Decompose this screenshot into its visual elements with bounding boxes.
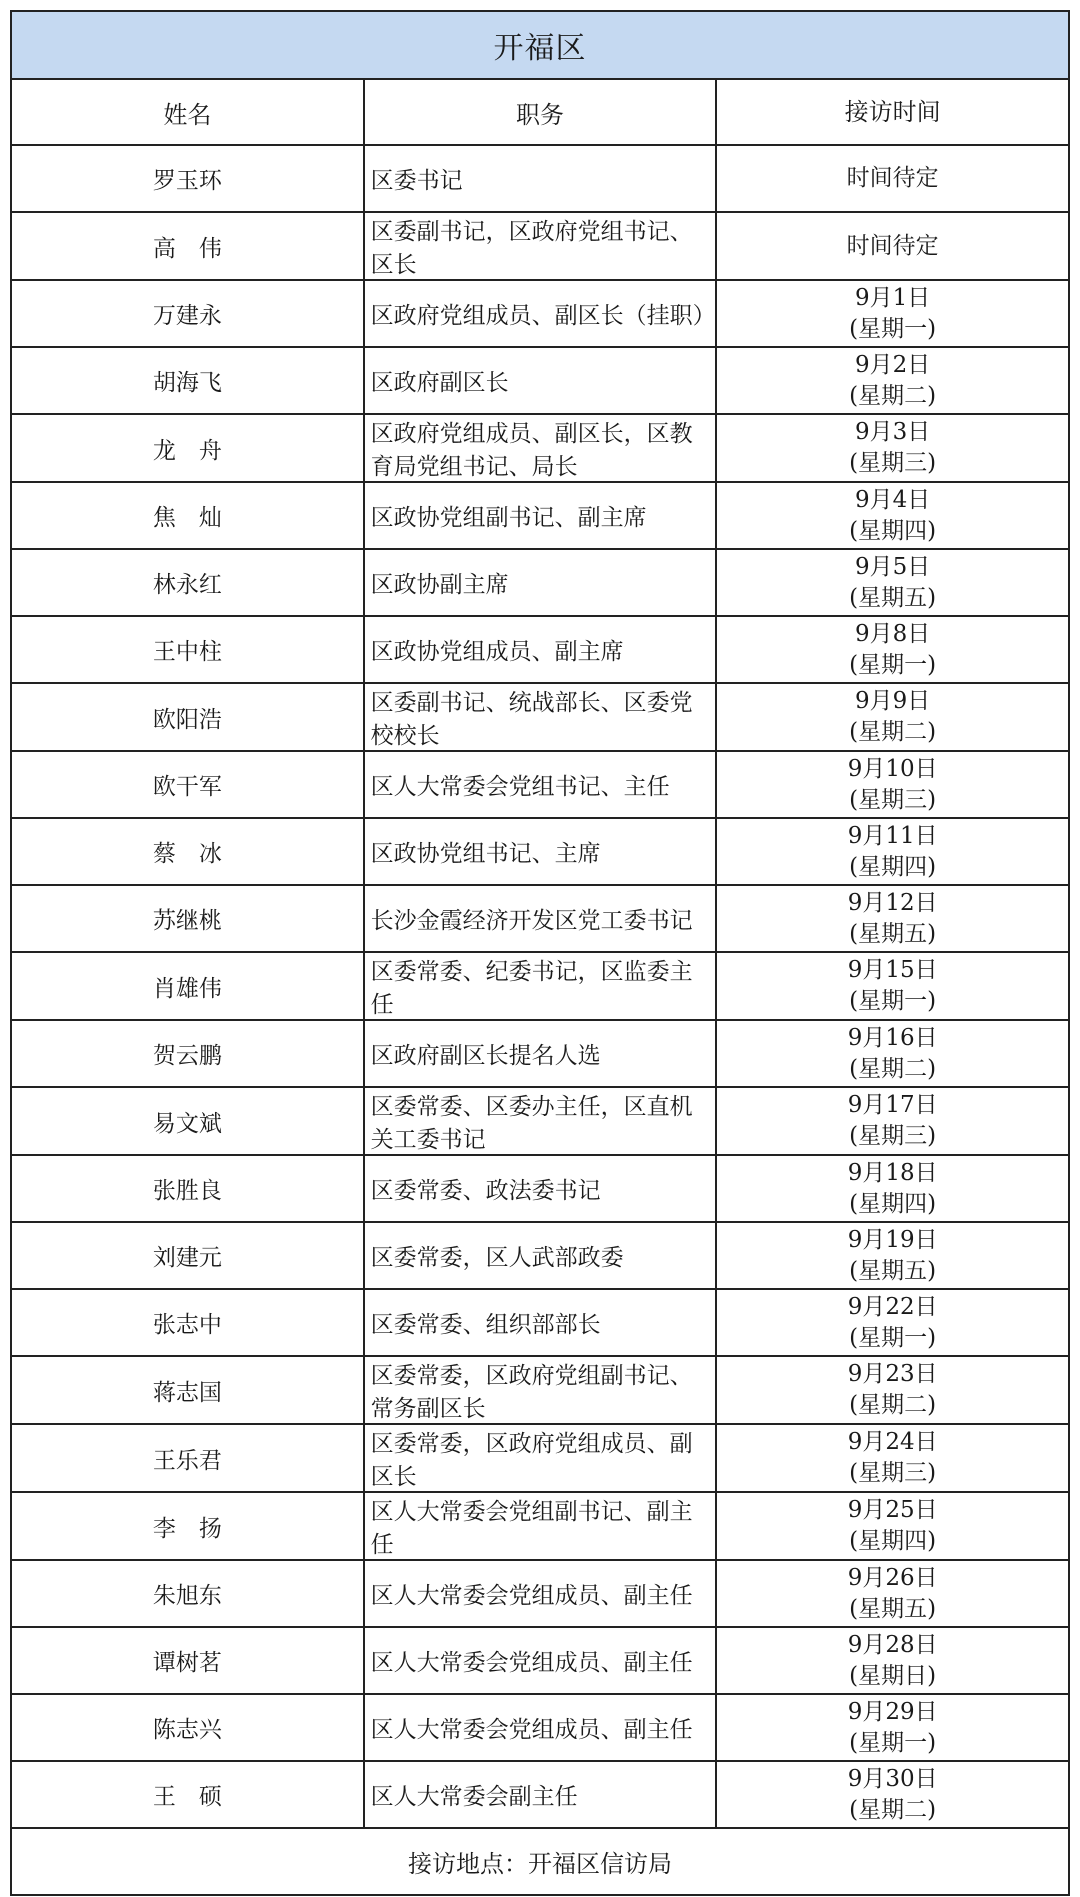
reception-time: 9月5日 (星期五) [716, 549, 1069, 616]
reception-date: 9月15日 [717, 955, 1068, 986]
reception-weekday: (星期一) [717, 314, 1068, 345]
official-name: 罗玉环 [11, 145, 364, 212]
reception-date: 9月2日 [717, 350, 1068, 381]
reception-weekday: (星期二) [717, 381, 1068, 412]
reception-weekday: (星期五) [717, 583, 1068, 614]
header-time: 接访时间 [716, 79, 1069, 145]
official-name: 王 硕 [11, 1761, 364, 1828]
table-title: 开福区 [11, 11, 1069, 79]
reception-time: 9月15日 (星期一) [716, 952, 1069, 1020]
reception-weekday: (星期二) [717, 1795, 1068, 1826]
header-name: 姓名 [11, 79, 364, 145]
official-name: 朱旭东 [11, 1560, 364, 1627]
official-name: 蔡 冰 [11, 818, 364, 885]
reception-weekday: (星期四) [717, 852, 1068, 883]
reception-weekday: (星期四) [717, 516, 1068, 547]
official-name: 林永红 [11, 549, 364, 616]
reception-time: 9月10日 (星期三) [716, 751, 1069, 818]
reception-date: 9月26日 [717, 1563, 1068, 1594]
reception-date: 9月24日 [717, 1427, 1068, 1458]
table-row: 欧阳浩 区委副书记、统战部长、区委党校校长 9月9日 (星期二) [11, 683, 1069, 751]
official-position: 区人大常委会党组副书记、副主任 [364, 1492, 717, 1560]
reception-time: 9月3日 (星期三) [716, 414, 1069, 482]
table-row: 胡海飞 区政府副区长 9月2日 (星期二) [11, 347, 1069, 414]
reception-time: 9月25日 (星期四) [716, 1492, 1069, 1560]
table-row: 贺云鹏 区政府副区长提名人选 9月16日 (星期二) [11, 1020, 1069, 1087]
table-row: 苏继桃 长沙金霞经济开发区党工委书记 9月12日 (星期五) [11, 885, 1069, 952]
reception-weekday: (星期一) [717, 1323, 1068, 1354]
reception-weekday: (星期三) [717, 1121, 1068, 1152]
official-position: 区委书记 [364, 145, 717, 212]
official-position: 区委常委、组织部部长 [364, 1289, 717, 1356]
official-name: 张志中 [11, 1289, 364, 1356]
official-name: 刘建元 [11, 1222, 364, 1289]
reception-date: 9月18日 [717, 1158, 1068, 1189]
reception-date: 9月9日 [717, 686, 1068, 717]
official-name: 苏继桃 [11, 885, 364, 952]
official-position: 区政协副主席 [364, 549, 717, 616]
table-row: 王乐君 区委常委，区政府党组成员、副区长 9月24日 (星期三) [11, 1424, 1069, 1492]
official-position: 区人大常委会党组书记、主任 [364, 751, 717, 818]
reception-date: 9月19日 [717, 1225, 1068, 1256]
reception-date: 9月30日 [717, 1764, 1068, 1795]
official-position: 区委常委，区政府党组副书记、常务副区长 [364, 1356, 717, 1424]
official-position: 区政府党组成员、副区长（挂职） [364, 280, 717, 347]
official-position: 区人大常委会党组成员、副主任 [364, 1627, 717, 1694]
official-name: 万建永 [11, 280, 364, 347]
reception-weekday: (星期三) [717, 785, 1068, 816]
reception-time: 时间待定 [716, 145, 1069, 212]
official-name: 欧干军 [11, 751, 364, 818]
official-position: 区政府党组成员、副区长，区教育局党组书记、局长 [364, 414, 717, 482]
reception-time: 9月16日 (星期二) [716, 1020, 1069, 1087]
reception-time: 9月18日 (星期四) [716, 1155, 1069, 1222]
header-row: 姓名 职务 接访时间 [11, 79, 1069, 145]
reception-time: 时间待定 [716, 212, 1069, 280]
reception-date: 9月29日 [717, 1697, 1068, 1728]
table-row: 蔡 冰 区政协党组书记、主席 9月11日 (星期四) [11, 818, 1069, 885]
reception-date: 9月10日 [717, 754, 1068, 785]
reception-time: 9月30日 (星期二) [716, 1761, 1069, 1828]
reception-date: 时间待定 [717, 231, 1068, 262]
official-name: 易文斌 [11, 1087, 364, 1155]
reception-date: 9月4日 [717, 485, 1068, 516]
official-position: 区政协党组副书记、副主席 [364, 482, 717, 549]
schedule-table: 开福区 姓名 职务 接访时间 罗玉环 区委书记 时间待定 高 伟 区委副书记，区… [10, 10, 1070, 1896]
reception-time: 9月24日 (星期三) [716, 1424, 1069, 1492]
table-row: 易文斌 区委常委、区委办主任，区直机关工委书记 9月17日 (星期三) [11, 1087, 1069, 1155]
official-position: 区人大常委会副主任 [364, 1761, 717, 1828]
table-row: 李 扬 区人大常委会党组副书记、副主任 9月25日 (星期四) [11, 1492, 1069, 1560]
official-position: 区委常委、区委办主任，区直机关工委书记 [364, 1087, 717, 1155]
table-row: 欧干军 区人大常委会党组书记、主任 9月10日 (星期三) [11, 751, 1069, 818]
reception-time: 9月26日 (星期五) [716, 1560, 1069, 1627]
official-name: 焦 灿 [11, 482, 364, 549]
reception-weekday: (星期二) [717, 1054, 1068, 1085]
table-row: 陈志兴 区人大常委会党组成员、副主任 9月29日 (星期一) [11, 1694, 1069, 1761]
reception-time: 9月29日 (星期一) [716, 1694, 1069, 1761]
reception-weekday: (星期一) [717, 986, 1068, 1017]
official-position: 区委副书记、统战部长、区委党校校长 [364, 683, 717, 751]
official-position: 区人大常委会党组成员、副主任 [364, 1694, 717, 1761]
reception-date: 9月8日 [717, 619, 1068, 650]
reception-date: 9月11日 [717, 821, 1068, 852]
table-row: 万建永 区政府党组成员、副区长（挂职） 9月1日 (星期一) [11, 280, 1069, 347]
reception-time: 9月23日 (星期二) [716, 1356, 1069, 1424]
official-position: 区政府副区长提名人选 [364, 1020, 717, 1087]
reception-date: 9月16日 [717, 1023, 1068, 1054]
reception-weekday: (星期五) [717, 919, 1068, 950]
reception-date: 9月28日 [717, 1630, 1068, 1661]
reception-time: 9月17日 (星期三) [716, 1087, 1069, 1155]
reception-weekday: (星期三) [717, 448, 1068, 479]
reception-weekday: (星期一) [717, 650, 1068, 681]
table-row: 张胜良 区委常委、政法委书记 9月18日 (星期四) [11, 1155, 1069, 1222]
reception-location: 接访地点：开福区信访局 [11, 1828, 1069, 1895]
reception-date: 9月17日 [717, 1090, 1068, 1121]
official-position: 区政协党组书记、主席 [364, 818, 717, 885]
reception-time: 9月12日 (星期五) [716, 885, 1069, 952]
official-position: 区政协党组成员、副主席 [364, 616, 717, 683]
reception-date: 9月25日 [717, 1495, 1068, 1526]
table-row: 谭树茗 区人大常委会党组成员、副主任 9月28日 (星期日) [11, 1627, 1069, 1694]
reception-time: 9月19日 (星期五) [716, 1222, 1069, 1289]
table-row: 龙 舟 区政府党组成员、副区长，区教育局党组书记、局长 9月3日 (星期三) [11, 414, 1069, 482]
reception-weekday: (星期二) [717, 717, 1068, 748]
reception-time: 9月11日 (星期四) [716, 818, 1069, 885]
table-row: 刘建元 区委常委，区人武部政委 9月19日 (星期五) [11, 1222, 1069, 1289]
reception-weekday: (星期五) [717, 1256, 1068, 1287]
official-name: 高 伟 [11, 212, 364, 280]
official-position: 区委常委，区政府党组成员、副区长 [364, 1424, 717, 1492]
reception-weekday: (星期三) [717, 1458, 1068, 1489]
reception-time: 9月9日 (星期二) [716, 683, 1069, 751]
reception-weekday: (星期四) [717, 1526, 1068, 1557]
official-position: 区委常委、纪委书记，区监委主任 [364, 952, 717, 1020]
official-position: 区委副书记，区政府党组书记、区长 [364, 212, 717, 280]
table-row: 张志中 区委常委、组织部部长 9月22日 (星期一) [11, 1289, 1069, 1356]
table-row: 肖雄伟 区委常委、纪委书记，区监委主任 9月15日 (星期一) [11, 952, 1069, 1020]
official-name: 王乐君 [11, 1424, 364, 1492]
official-position: 区人大常委会党组成员、副主任 [364, 1560, 717, 1627]
official-name: 贺云鹏 [11, 1020, 364, 1087]
reception-date: 9月3日 [717, 417, 1068, 448]
reception-weekday: (星期五) [717, 1594, 1068, 1625]
reception-date: 9月5日 [717, 552, 1068, 583]
table-row: 蒋志国 区委常委，区政府党组副书记、常务副区长 9月23日 (星期二) [11, 1356, 1069, 1424]
official-name: 胡海飞 [11, 347, 364, 414]
table-row: 高 伟 区委副书记，区政府党组书记、区长 时间待定 [11, 212, 1069, 280]
official-position: 区委常委、政法委书记 [364, 1155, 717, 1222]
reception-time: 9月28日 (星期日) [716, 1627, 1069, 1694]
official-name: 谭树茗 [11, 1627, 364, 1694]
reception-time: 9月22日 (星期一) [716, 1289, 1069, 1356]
official-position: 长沙金霞经济开发区党工委书记 [364, 885, 717, 952]
official-name: 李 扬 [11, 1492, 364, 1560]
reception-time: 9月8日 (星期一) [716, 616, 1069, 683]
reception-date: 9月1日 [717, 283, 1068, 314]
official-name: 龙 舟 [11, 414, 364, 482]
table-row: 朱旭东 区人大常委会党组成员、副主任 9月26日 (星期五) [11, 1560, 1069, 1627]
table-row: 焦 灿 区政协党组副书记、副主席 9月4日 (星期四) [11, 482, 1069, 549]
reception-date: 9月23日 [717, 1359, 1068, 1390]
reception-time: 9月2日 (星期二) [716, 347, 1069, 414]
official-name: 张胜良 [11, 1155, 364, 1222]
title-row: 开福区 [11, 11, 1069, 79]
reception-date: 9月22日 [717, 1292, 1068, 1323]
official-position: 区政府副区长 [364, 347, 717, 414]
official-position: 区委常委，区人武部政委 [364, 1222, 717, 1289]
header-position: 职务 [364, 79, 717, 145]
official-name: 王中柱 [11, 616, 364, 683]
reception-weekday: (星期日) [717, 1661, 1068, 1692]
footer-row: 接访地点：开福区信访局 [11, 1828, 1069, 1895]
reception-weekday: (星期四) [717, 1189, 1068, 1220]
reception-date: 时间待定 [717, 163, 1068, 194]
reception-time: 9月4日 (星期四) [716, 482, 1069, 549]
table-row: 王 硕 区人大常委会副主任 9月30日 (星期二) [11, 1761, 1069, 1828]
reception-time: 9月1日 (星期一) [716, 280, 1069, 347]
table-row: 王中柱 区政协党组成员、副主席 9月8日 (星期一) [11, 616, 1069, 683]
official-name: 陈志兴 [11, 1694, 364, 1761]
official-name: 肖雄伟 [11, 952, 364, 1020]
official-name: 欧阳浩 [11, 683, 364, 751]
reception-weekday: (星期二) [717, 1390, 1068, 1421]
reception-weekday: (星期一) [717, 1728, 1068, 1759]
table-row: 罗玉环 区委书记 时间待定 [11, 145, 1069, 212]
reception-date: 9月12日 [717, 888, 1068, 919]
table-row: 林永红 区政协副主席 9月5日 (星期五) [11, 549, 1069, 616]
official-name: 蒋志国 [11, 1356, 364, 1424]
